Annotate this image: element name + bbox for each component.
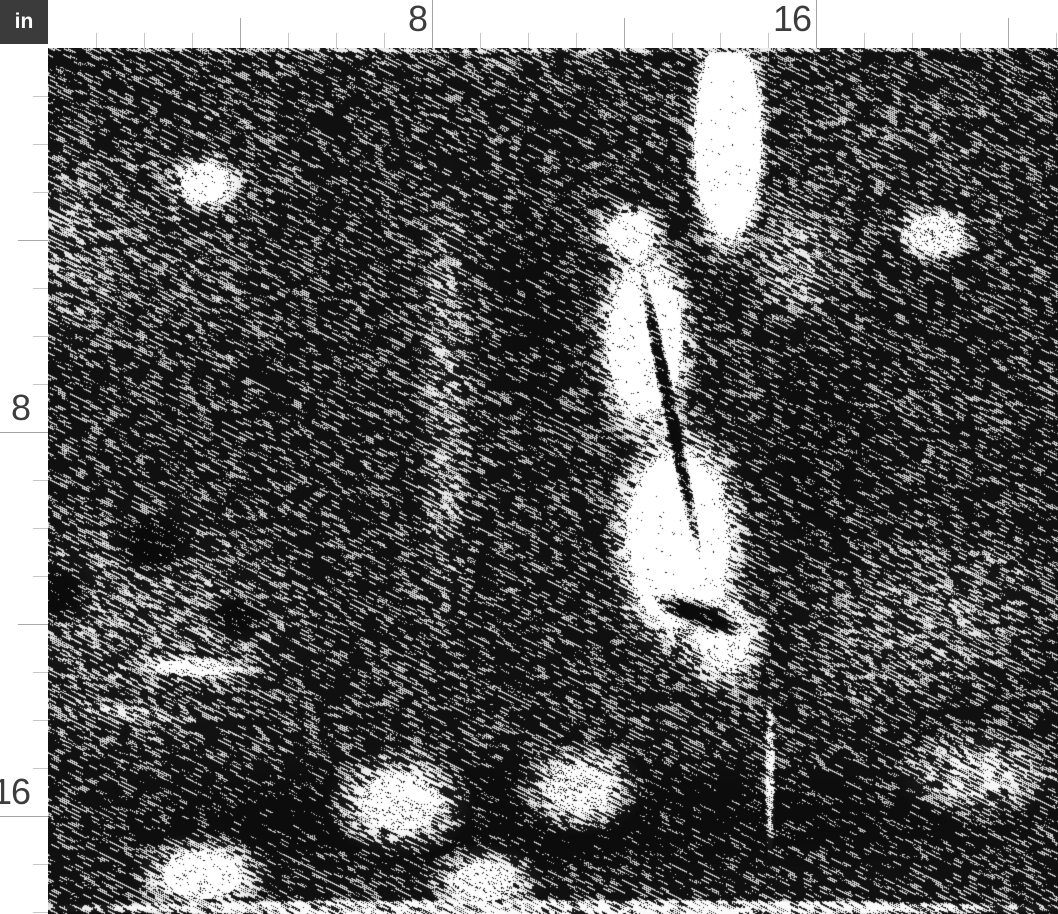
ruler-tick-minor xyxy=(192,33,193,48)
ruler-tick-minor xyxy=(33,96,48,97)
ruler-tick-minor xyxy=(672,33,673,48)
ruler-tick-major xyxy=(432,0,433,48)
ruler-tick-medium xyxy=(18,240,48,241)
ruler-unit-box: in xyxy=(0,0,48,44)
ruler-tick-minor xyxy=(144,33,145,48)
ruler-tick-minor xyxy=(33,144,48,145)
ruler-tick-minor xyxy=(33,192,48,193)
ruler-tick-minor xyxy=(96,33,97,48)
ruler-tick-minor xyxy=(33,768,48,769)
ruler-tick-minor xyxy=(33,336,48,337)
ruler-tick-minor xyxy=(33,720,48,721)
ruler-vertical: 816 xyxy=(0,0,48,914)
ruler-label-left-8: 8 xyxy=(11,390,30,426)
fabric-measurement-viewport: 816 816 in xyxy=(0,0,1058,914)
ruler-label-top-16: 16 xyxy=(773,1,811,37)
ruler-tick-minor xyxy=(336,33,337,48)
ruler-tick-minor xyxy=(33,912,48,913)
ruler-tick-minor xyxy=(864,33,865,48)
ruler-tick-minor xyxy=(480,33,481,48)
fabric-preview-image xyxy=(48,48,1058,914)
ruler-tick-minor xyxy=(33,528,48,529)
ruler-tick-minor xyxy=(384,33,385,48)
ruler-tick-minor xyxy=(288,33,289,48)
ruler-tick-minor xyxy=(33,384,48,385)
ruler-horizontal: 816 xyxy=(0,0,1058,48)
ruler-tick-major xyxy=(816,0,817,48)
ruler-tick-major xyxy=(0,432,48,433)
ruler-tick-minor xyxy=(912,33,913,48)
ruler-tick-major xyxy=(0,816,48,817)
ruler-tick-minor xyxy=(33,480,48,481)
ruler-tick-medium xyxy=(240,18,241,48)
ruler-tick-minor xyxy=(33,288,48,289)
ruler-tick-minor xyxy=(768,33,769,48)
ruler-label-left-16: 16 xyxy=(0,774,30,810)
ruler-tick-minor xyxy=(960,33,961,48)
ruler-tick-minor xyxy=(33,864,48,865)
ruler-unit-label: in xyxy=(15,10,34,34)
ruler-tick-minor xyxy=(33,576,48,577)
ruler-label-top-8: 8 xyxy=(408,1,427,37)
ruler-tick-medium xyxy=(624,18,625,48)
ruler-tick-medium xyxy=(1008,18,1009,48)
ruler-tick-minor xyxy=(1056,33,1057,48)
ruler-tick-minor xyxy=(720,33,721,48)
ruler-tick-minor xyxy=(33,672,48,673)
ruler-tick-minor xyxy=(576,33,577,48)
ruler-tick-medium xyxy=(18,624,48,625)
ruler-tick-minor xyxy=(528,33,529,48)
